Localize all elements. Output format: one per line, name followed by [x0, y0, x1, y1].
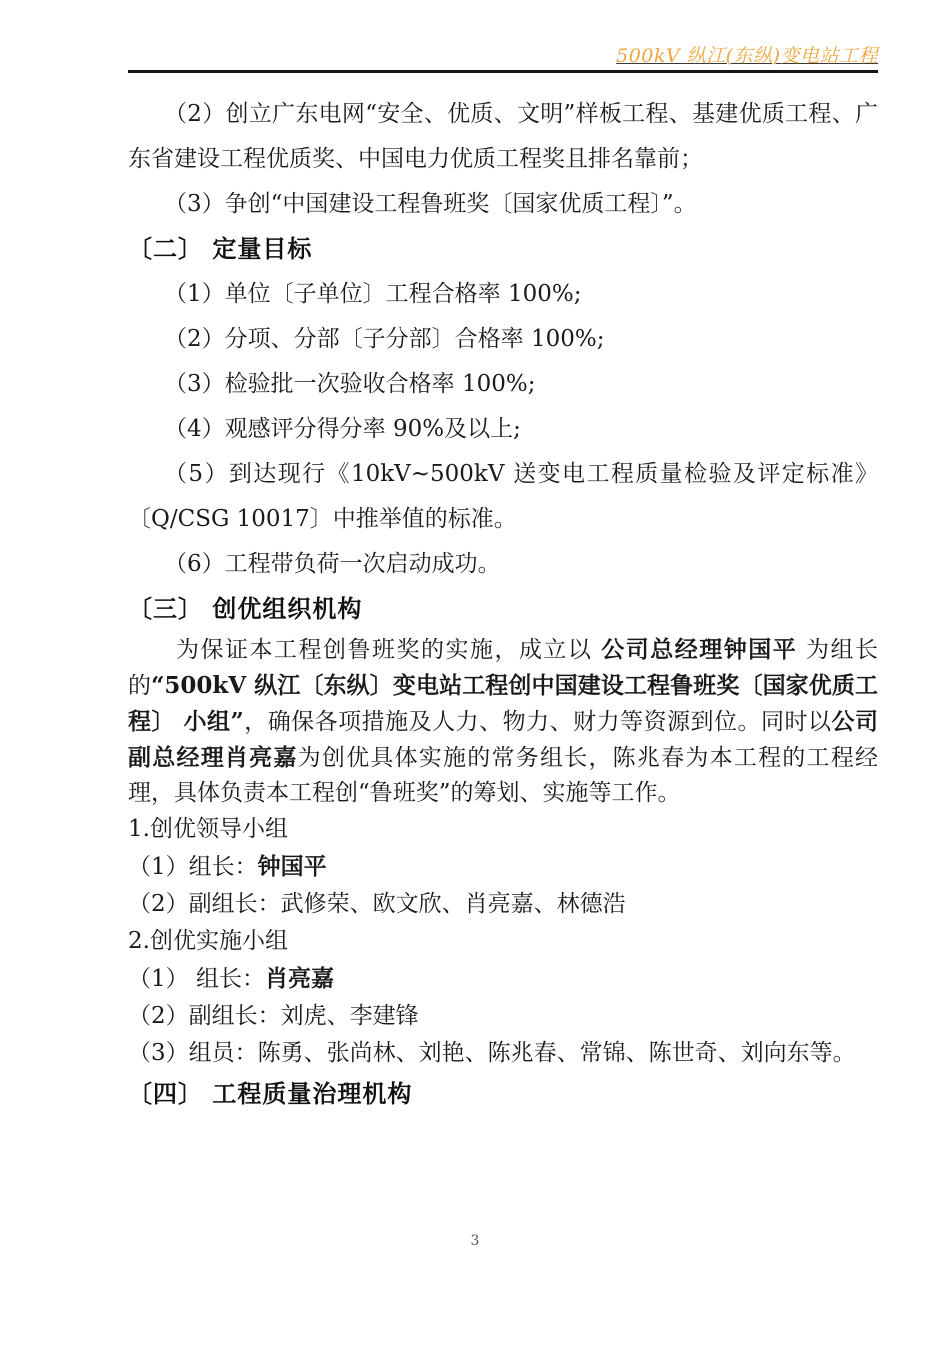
leader-group-head-name: 钟国平 [258, 853, 327, 880]
impl-group-head-name: 肖亮嘉 [265, 965, 334, 992]
leader-group-deputies: （2）副组长：武修荣、欧文欣、肖亮嘉、林德浩 [128, 886, 878, 923]
header-project-title: 500kV 纵江(东纵)变电站工程 [616, 45, 878, 67]
quant-goal-item: （3）检验批一次验收合格率 100%; [128, 362, 878, 407]
page-footer: 3 [0, 1230, 950, 1249]
impl-group-title: 2.创优实施小组 [128, 923, 878, 960]
qualitative-goal-item-3: （3）争创“中国建设工程鲁班奖〔国家优质工程〕”。 [128, 182, 878, 227]
impl-group-head-label: （1） 组长： [128, 966, 265, 992]
leader-group-title: 1.创优领导小组 [128, 811, 878, 848]
document-page: 500kV 纵江(东纵)变电站工程 （2）创立广东电网“安全、优质、文明”样板工… [0, 0, 950, 1345]
impl-group-head: （1） 组长：肖亮嘉 [128, 960, 878, 998]
page-number: 3 [471, 1233, 480, 1249]
quant-goal-item: （4）观感评分得分率 90%及以上; [128, 407, 878, 452]
page-header: 500kV 纵江(东纵)变电站工程 [128, 44, 878, 73]
impl-group-members: （3）组员：陈勇、张尚林、刘艳、陈兆春、常锦、陈世奇、刘向东等。 [128, 1035, 878, 1072]
leader-group-head-label: （1）组长： [128, 854, 258, 880]
impl-group-deputies: （2）副组长：刘虎、李建锋 [128, 998, 878, 1035]
quant-goal-item: （6）工程带负荷一次启动成功。 [128, 542, 878, 587]
quant-goal-item: （1）单位〔子单位〕工程合格率 100%; [128, 272, 878, 317]
org-bold-general-manager: 公司总经理钟国平 [601, 636, 797, 663]
heading-quantitative-goals: 〔二〕 定量目标 [128, 227, 878, 272]
section-qualitative-and-quantitative: （2）创立广东电网“安全、优质、文明”样板工程、基建优质工程、广东省建设工程优质… [128, 92, 878, 632]
leader-group-head: （1）组长：钟国平 [128, 848, 878, 886]
heading-quality-management-org: 〔四〕 工程质量治理机构 [128, 1072, 878, 1117]
quant-goal-item: （5）到达现行《10kV~500kV 送变电工程质量检验及评定标准》〔Q/CSG… [128, 452, 878, 542]
quant-goal-item: （2）分项、分部〔子分部〕合格率 100%; [128, 317, 878, 362]
org-structure-paragraph: 为保证本工程创鲁班奖的实施，成立以 公司总经理钟国平 为组长的“500kV 纵江… [128, 632, 878, 811]
heading-org-structure: 〔三〕 创优组织机构 [128, 587, 878, 632]
document-body: （2）创立广东电网“安全、优质、文明”样板工程、基建优质工程、广东省建设工程优质… [128, 92, 878, 1117]
org-text-segment: ，确保各项措施及人力、物力、财力等资源到位。同时以 [244, 709, 832, 735]
group-roster: 1.创优领导小组 （1）组长：钟国平 （2）副组长：武修荣、欧文欣、肖亮嘉、林德… [128, 811, 878, 1072]
qualitative-goal-item-2: （2）创立广东电网“安全、优质、文明”样板工程、基建优质工程、广东省建设工程优质… [128, 92, 878, 182]
org-text-segment: 为保证本工程创鲁班奖的实施，成立以 [176, 637, 601, 663]
